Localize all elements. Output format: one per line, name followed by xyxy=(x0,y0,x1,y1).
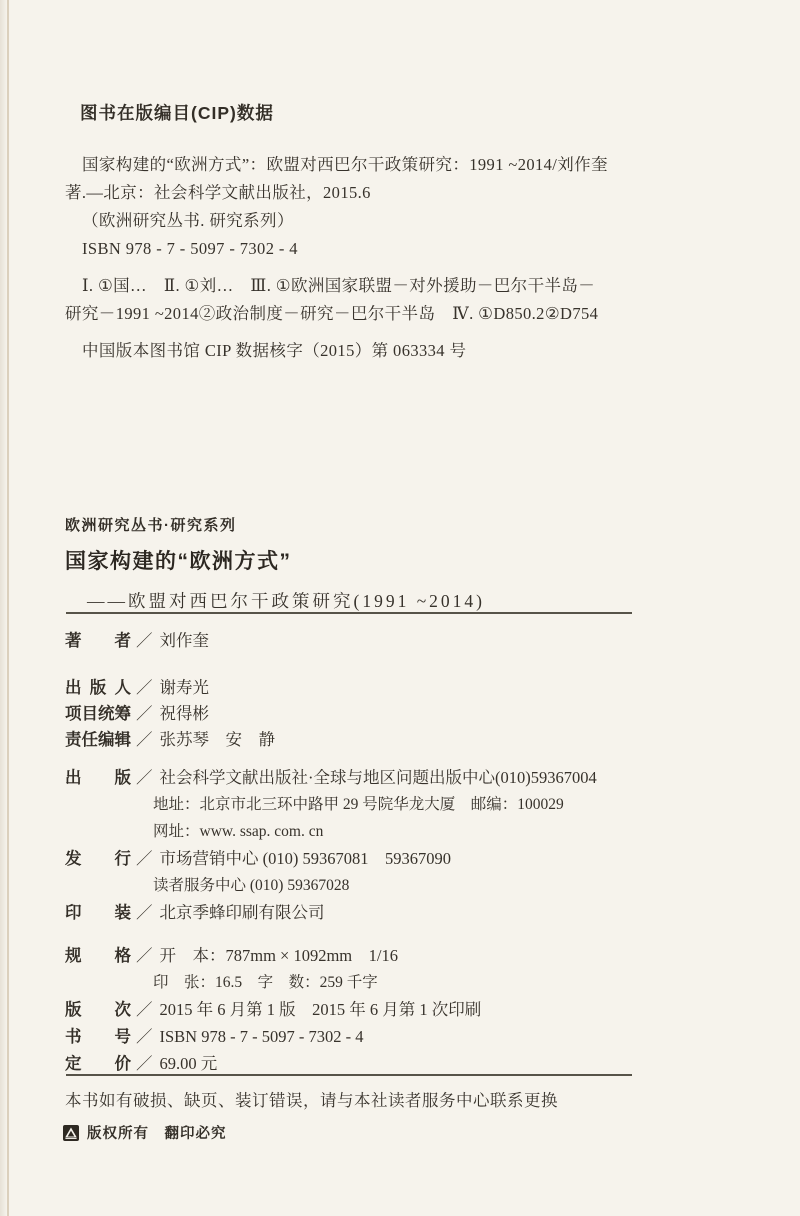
series-name: 欧洲研究丛书·研究系列 xyxy=(65,514,741,535)
staff-label: 出版人 xyxy=(65,675,131,701)
copyright-logo-icon xyxy=(63,1125,79,1141)
slash-separator: ／ xyxy=(136,849,153,868)
colophon-row-format: 规格／开 本：787mm × 1092mm 1/16 xyxy=(65,942,597,969)
colophon-label: 版次 xyxy=(65,996,131,1023)
sheets-wordcount-line: 印 张：16.5 字 数：259 千字 xyxy=(153,969,597,996)
cip-entry-line: 国家构建的“欧洲方式”：欧盟对西巴尔干政策研究：1991 ~2014/刘作奎 xyxy=(65,151,741,179)
colophon-row-edition: 版次／2015 年 6 月第 1 版 2015 年 6 月第 1 次印刷 xyxy=(65,996,597,1023)
staff-row-editors: 责任编辑／张苏琴 安 静 xyxy=(65,727,275,753)
colophon-value: 社会科学文献出版社·全球与地区问题出版中心(010)59367004 xyxy=(160,768,597,787)
publisher-website: 网址：www. ssap. com. cn xyxy=(153,818,597,845)
replacement-notice: 本书如有破损、缺页、装订错误，请与本社读者服务中心联系更换 xyxy=(65,1087,558,1111)
cip-series-line: （欧洲研究丛书. 研究系列） xyxy=(65,207,741,235)
staff-label: 项目统筹 xyxy=(65,701,131,727)
cip-record: 中国版本图书馆 CIP 数据核字（2015）第 063334 号 xyxy=(65,337,741,365)
colophon-label: 规格 xyxy=(65,942,131,969)
cip-class-line: Ⅰ. ①国… Ⅱ. ①刘… Ⅲ. ①欧洲国家联盟－对外援助－巴尔干半岛－ xyxy=(65,272,741,300)
cip-section: 图书在版编目(CIP)数据 国家构建的“欧洲方式”：欧盟对西巴尔干政策研究：19… xyxy=(65,100,741,365)
cip-record-line: 中国版本图书馆 CIP 数据核字（2015）第 063334 号 xyxy=(65,337,741,365)
slash-separator: ／ xyxy=(136,1054,153,1073)
colophon-value: 2015 年 6 月第 1 版 2015 年 6 月第 1 次印刷 xyxy=(160,1000,482,1019)
staff-label: 著者 xyxy=(65,628,131,654)
slash-separator: ／ xyxy=(136,903,153,922)
colophon-label: 定价 xyxy=(65,1050,131,1077)
staff-label: 责任编辑 xyxy=(65,727,131,753)
book-subtitle: ——欧盟对西巴尔干政策研究(1991 ~2014) xyxy=(87,588,741,613)
colophon-label: 印装 xyxy=(65,899,131,926)
copyright-line: 版权所有 翻印必究 xyxy=(63,1122,227,1143)
slash-separator: ／ xyxy=(136,1000,153,1019)
colophon-value: 市场营销中心 (010) 59367081 59367090 xyxy=(160,849,452,868)
staff-row-publisher-person: 出版人／谢寿光 xyxy=(65,675,275,701)
copyright-text: 版权所有 翻印必究 xyxy=(87,1122,227,1143)
divider-rule-bottom xyxy=(66,1074,632,1076)
divider-rule-top xyxy=(66,612,632,614)
cip-heading: 图书在版编目(CIP)数据 xyxy=(80,100,741,125)
colophon-row-printing: 印装／北京季蜂印刷有限公司 xyxy=(65,899,597,926)
staff-value: 谢寿光 xyxy=(160,678,210,697)
colophon-label: 书号 xyxy=(65,1023,131,1050)
staff-row-project-coordinator: 项目统筹／祝得彬 xyxy=(65,701,275,727)
colophon-row-distribution: 发行／市场营销中心 (010) 59367081 59367090 xyxy=(65,845,597,872)
slash-separator: ／ xyxy=(136,631,153,650)
title-block: 欧洲研究丛书·研究系列 国家构建的“欧洲方式” ——欧盟对西巴尔干政策研究(19… xyxy=(65,514,741,613)
reader-service-line: 读者服务中心 (010) 59367028 xyxy=(153,872,597,899)
colophon-label: 出版 xyxy=(65,764,131,791)
staff-row-author: 著者／刘作奎 xyxy=(65,628,275,654)
cip-class-line: 研究－1991 ~2014②政治制度－研究－巴尔干半岛 Ⅳ. ①D850.2②D… xyxy=(65,300,741,328)
colophon-value: 69.00 元 xyxy=(160,1054,218,1073)
staff-value: 张苏琴 安 静 xyxy=(160,730,276,749)
book-title: 国家构建的“欧洲方式” xyxy=(65,545,741,575)
colophon-value: 开 本：787mm × 1092mm 1/16 xyxy=(160,946,398,965)
cip-classification: Ⅰ. ①国… Ⅱ. ①刘… Ⅲ. ①欧洲国家联盟－对外援助－巴尔干半岛－ 研究－… xyxy=(65,272,741,328)
staff-value: 刘作奎 xyxy=(160,631,210,650)
book-copyright-page: 图书在版编目(CIP)数据 国家构建的“欧洲方式”：欧盟对西巴尔干政策研究：19… xyxy=(0,0,800,1216)
colophon-section: 出版／社会科学文献出版社·全球与地区问题出版中心(010)59367004 地址… xyxy=(65,764,597,1077)
colophon-row-price: 定价／69.00 元 xyxy=(65,1050,597,1077)
colophon-value: ISBN 978 - 7 - 5097 - 7302 - 4 xyxy=(160,1027,364,1046)
publisher-address: 地址：北京市北三环中路甲 29 号院华龙大厦 邮编：100029 xyxy=(153,791,597,818)
slash-separator: ／ xyxy=(136,704,153,723)
slash-separator: ／ xyxy=(136,768,153,787)
slash-separator: ／ xyxy=(136,1027,153,1046)
staff-section: 著者／刘作奎 出版人／谢寿光 项目统筹／祝得彬 责任编辑／张苏琴 安 静 xyxy=(65,628,275,753)
colophon-value: 北京季蜂印刷有限公司 xyxy=(160,903,325,922)
slash-separator: ／ xyxy=(136,678,153,697)
colophon-row-publisher: 出版／社会科学文献出版社·全球与地区问题出版中心(010)59367004 xyxy=(65,764,597,791)
colophon-row-isbn: 书号／ISBN 978 - 7 - 5097 - 7302 - 4 xyxy=(65,1023,597,1050)
slash-separator: ／ xyxy=(136,946,153,965)
cip-isbn-line: ISBN 978 - 7 - 5097 - 7302 - 4 xyxy=(65,235,741,263)
slash-separator: ／ xyxy=(136,730,153,749)
cip-entry: 国家构建的“欧洲方式”：欧盟对西巴尔干政策研究：1991 ~2014/刘作奎 著… xyxy=(65,151,741,263)
staff-value: 祝得彬 xyxy=(160,704,210,723)
colophon-label: 发行 xyxy=(65,845,131,872)
cip-entry-line: 著.—北京：社会科学文献出版社，2015.6 xyxy=(65,179,741,207)
